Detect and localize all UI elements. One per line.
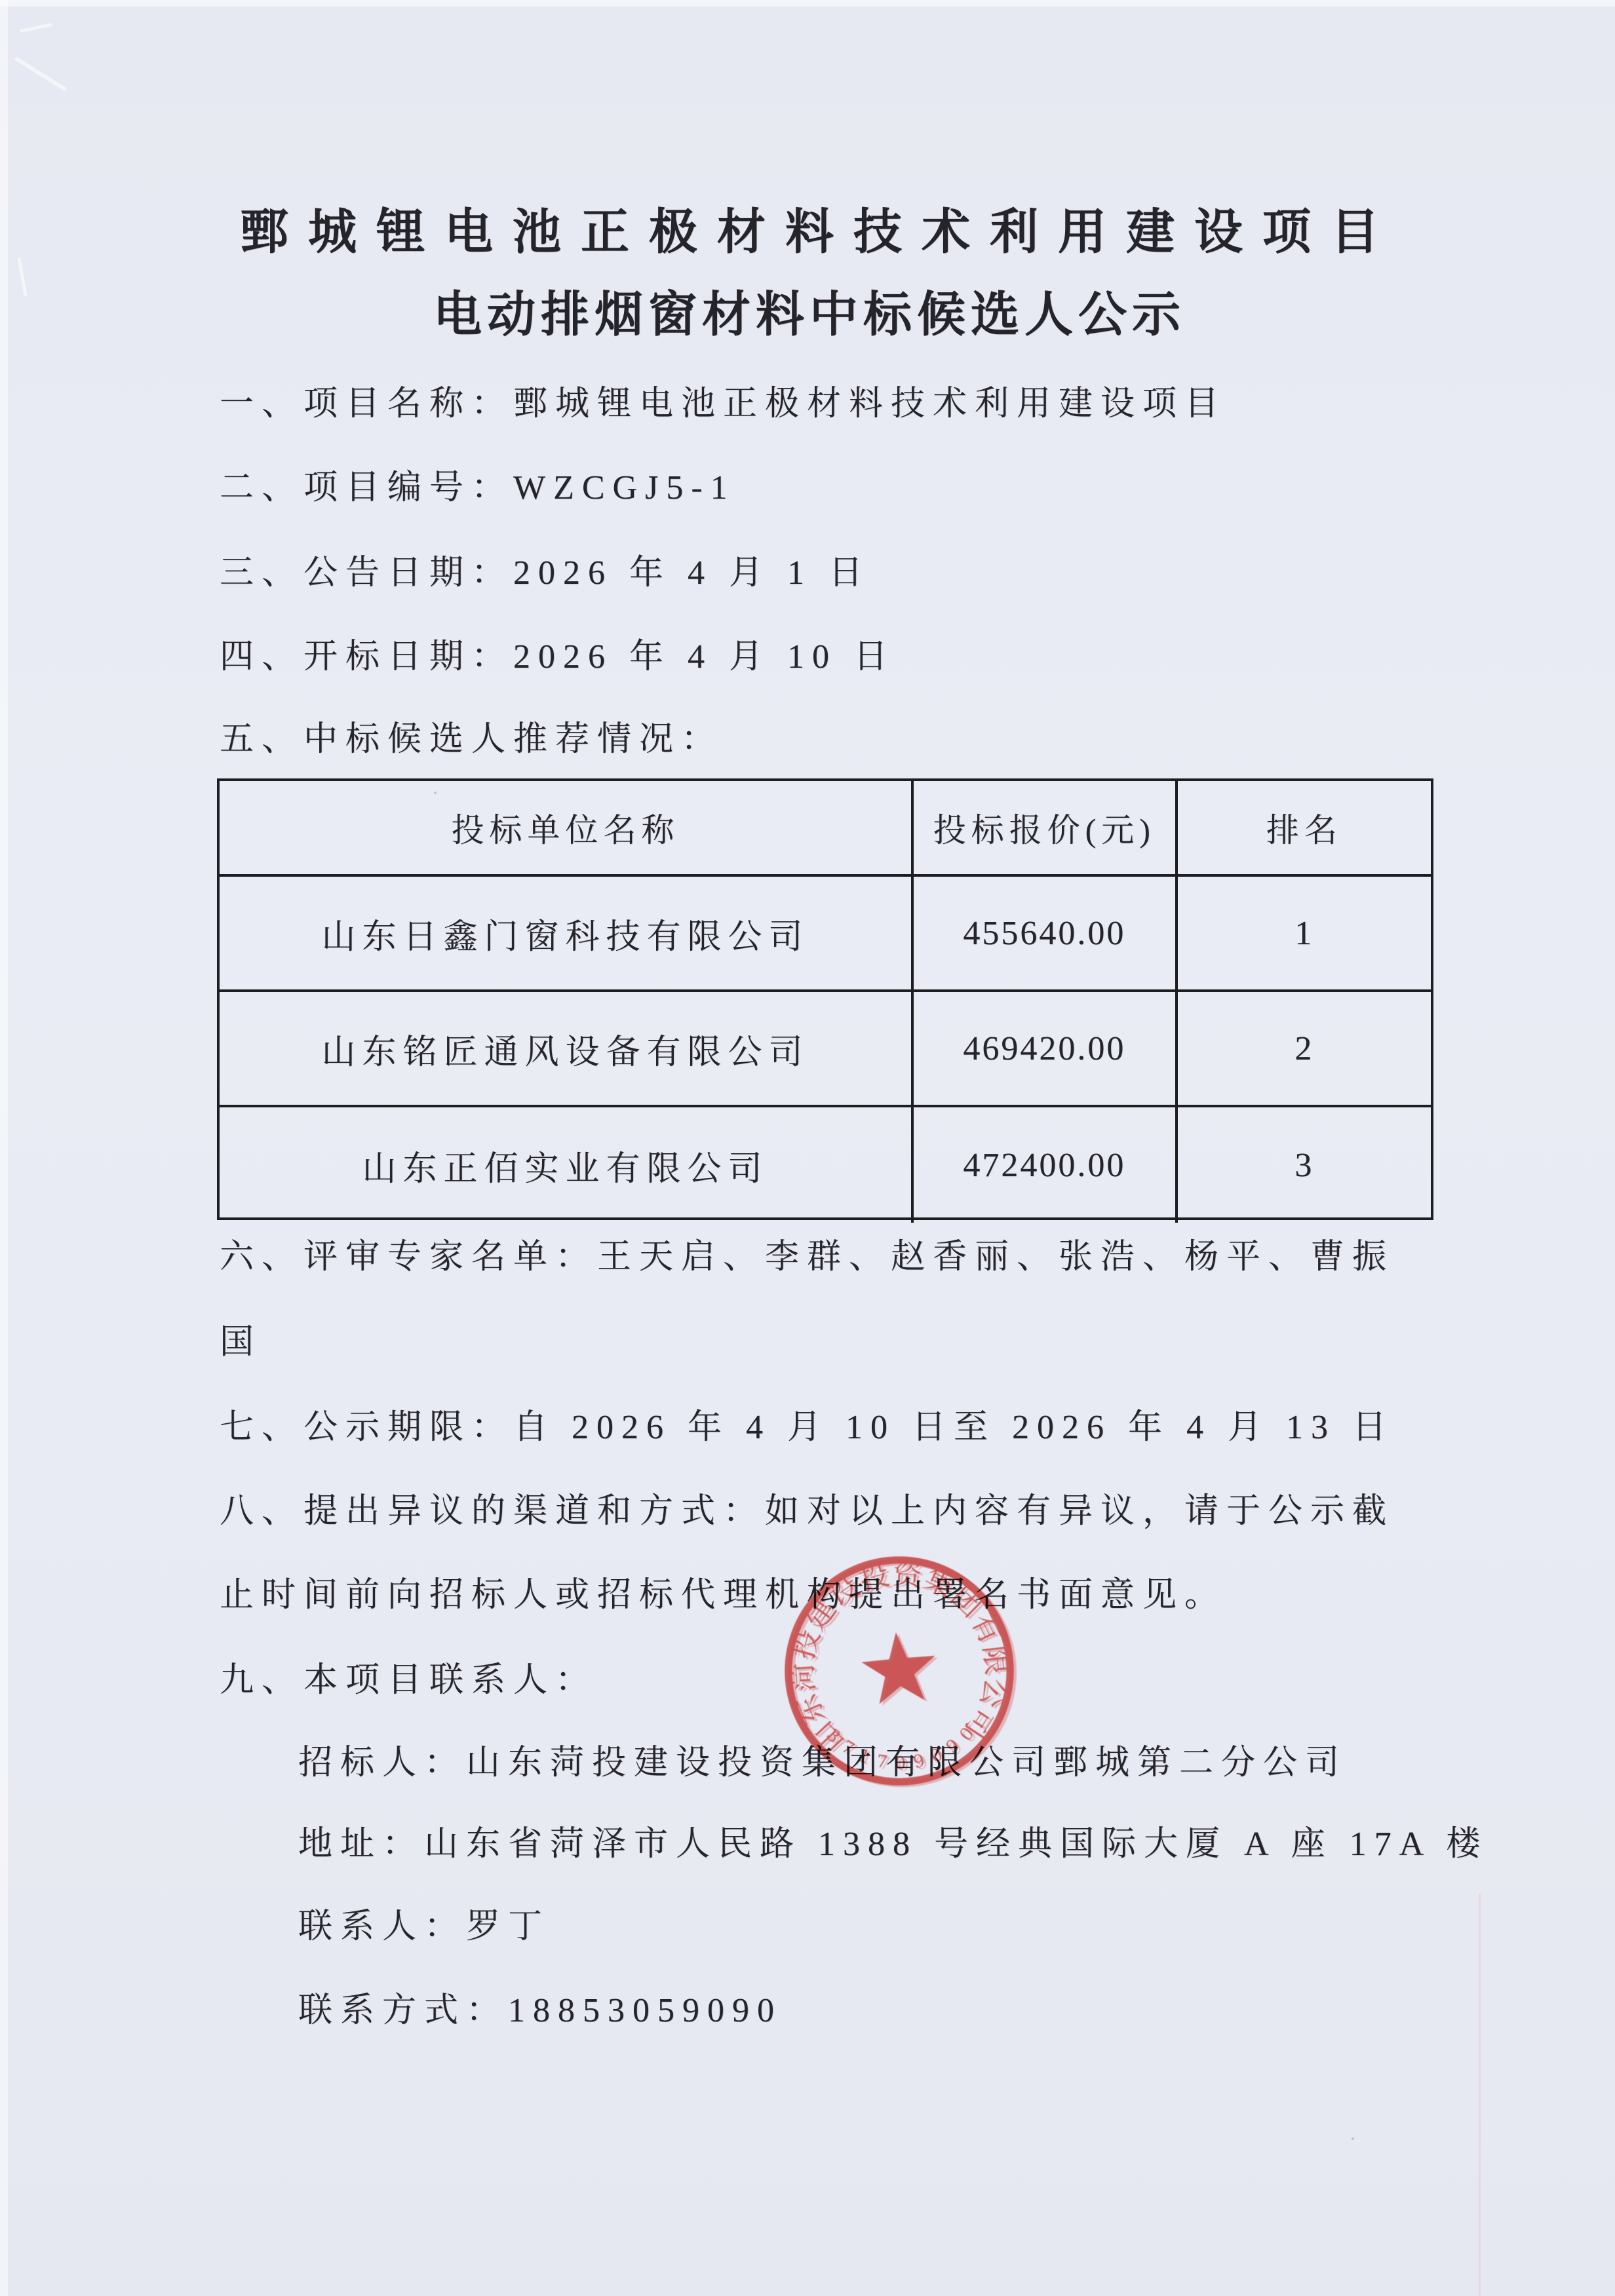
table-row-rank: 1 [1178, 877, 1431, 992]
company-seal-stamp: 山东菏投建设投资集团有限公司 37170909042 [759, 1531, 1040, 1811]
table-header-price: 投标报价(元) [914, 781, 1178, 877]
table-header-company: 投标单位名称 [220, 781, 914, 877]
item-open-date: 四、开标日期：2026 年 4 月 10 日 [220, 636, 895, 678]
scan-streak [17, 258, 27, 297]
bid-candidates-table: 投标单位名称 投标报价(元) 排名 山东日鑫门窗科技有限公司 455640.00… [217, 778, 1433, 1220]
scan-streak [20, 23, 52, 33]
table-row-price: 469420.00 [914, 992, 1178, 1107]
table-row-price: 455640.00 [914, 877, 1178, 992]
item-objection-line2: 止时间前向招标人或招标代理机构提出署名书面意见。 [220, 1574, 1226, 1617]
item-contact-heading: 九、本项目联系人： [220, 1659, 597, 1702]
scanned-document-page: 鄄城锂电池正极材料技术利用建设项目 电动排烟窗材料中标候选人公示 一、项目名称：… [0, 0, 1615, 2296]
contact-address: 地址：山东省菏泽市人民路 1388 号经典国际大厦 A 座 17A 楼 [220, 1823, 1488, 1865]
table-row-company: 山东日鑫门窗科技有限公司 [220, 877, 914, 992]
item-announce-date: 三、公告日期：2026 年 4 月 1 日 [220, 552, 870, 594]
document-body: 鄄城锂电池正极材料技术利用建设项目 电动排烟窗材料中标候选人公示 一、项目名称：… [220, 197, 1399, 2162]
table-row-company: 山东正佰实业有限公司 [220, 1107, 914, 1223]
document-title-line1: 鄄城锂电池正极材料技术利用建设项目 [229, 206, 1409, 260]
scan-edge-left [0, 0, 8, 2296]
item-objection-line1: 八、提出异议的渠道和方式：如对以上内容有异议，请于公示截 [220, 1490, 1394, 1533]
table-row-rank: 2 [1178, 992, 1431, 1107]
table-row-rank: 3 [1178, 1107, 1431, 1223]
scan-streak [14, 56, 67, 92]
table-header-rank: 排名 [1178, 781, 1431, 877]
document-title-line2: 电动排烟窗材料中标候选人公示 [220, 288, 1399, 343]
item-experts-line1: 六、评审专家名单：王天启、李群、赵香丽、张浩、杨平、曹振 [220, 1236, 1394, 1278]
item-experts-line2: 国 [220, 1321, 262, 1364]
item-project-number: 二、项目编号：WZCGJ5-1 [220, 467, 735, 509]
scan-pink-line [1479, 1894, 1481, 2296]
item-publicity-period: 七、公示期限：自 2026 年 4 月 10 日至 2026 年 4 月 13 … [220, 1406, 1394, 1449]
table-row-price: 472400.00 [914, 1107, 1178, 1223]
table-row-company: 山东铭匠通风设备有限公司 [220, 992, 914, 1107]
contact-phone: 联系方式：18853059090 [220, 1989, 782, 2032]
item-project-name: 一、项目名称：鄄城锂电池正极材料技术利用建设项目 [220, 383, 1226, 425]
item-candidates-heading: 五、中标候选人推荐情况： [220, 718, 723, 761]
scan-edge-top [0, 0, 1615, 7]
contact-person: 联系人：罗丁 [220, 1905, 550, 1948]
